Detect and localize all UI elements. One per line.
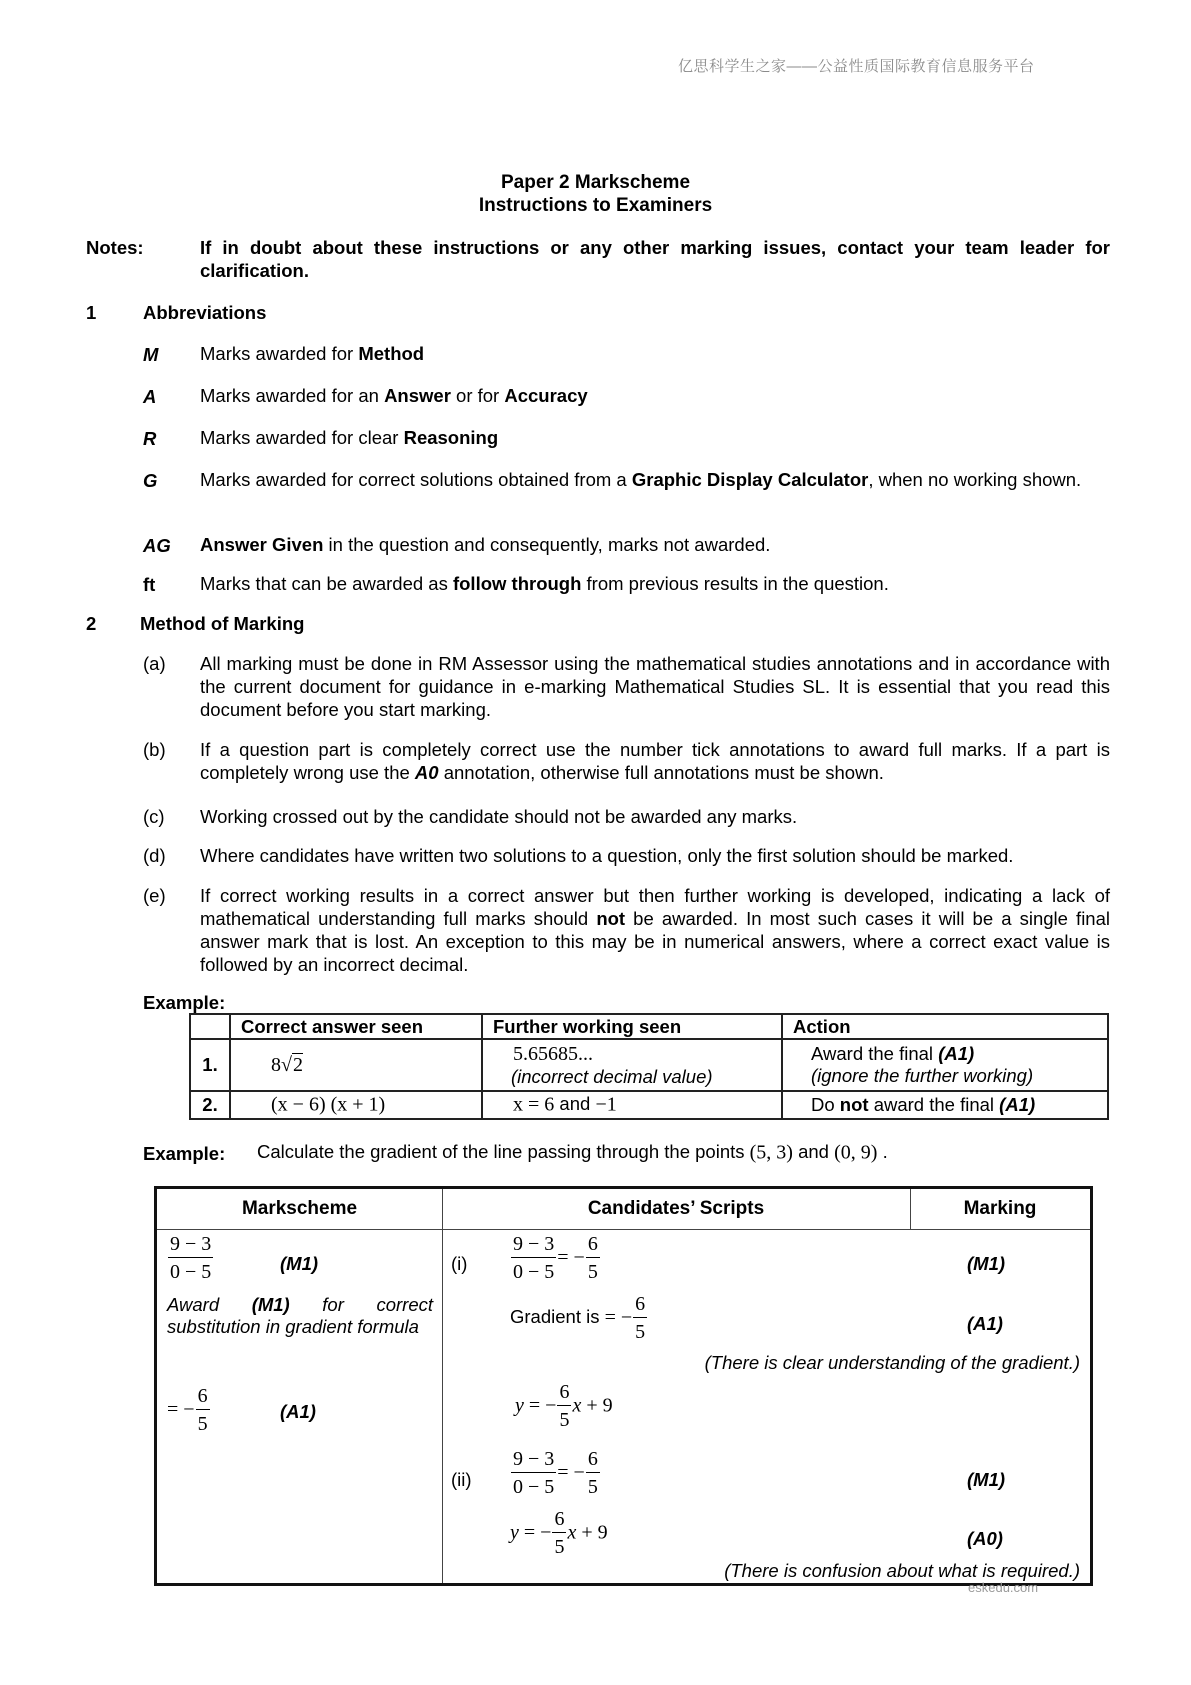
- correct-answer-cell: 8√2: [230, 1039, 482, 1091]
- example2-question: Calculate the gradient of the line passi…: [257, 1141, 888, 1165]
- column-divider: [442, 1189, 443, 1583]
- item-text: Working crossed out by the candidate sho…: [200, 805, 797, 828]
- header-cell: Marking: [910, 1189, 1090, 1230]
- markscheme-fraction: 9 − 30 − 5: [167, 1233, 214, 1283]
- section2-number: 2: [86, 613, 96, 635]
- script-ii-line1: 9 − 30 − 5= −65: [510, 1448, 601, 1498]
- row-number: 2.: [190, 1091, 230, 1119]
- row-number: 1.: [190, 1039, 230, 1091]
- notes-text: If in doubt about these instructions or …: [200, 236, 1110, 282]
- header-cell: Candidates’ Scripts: [442, 1189, 910, 1230]
- action-cell: Do not award the final (A1): [782, 1091, 1108, 1119]
- page-subtitle: Instructions to Examiners: [0, 195, 1191, 217]
- column-divider: [910, 1189, 911, 1229]
- abbr-desc: Answer Given in the question and consequ…: [200, 533, 770, 556]
- page-title: Paper 2 Markscheme: [0, 172, 1191, 194]
- section1-number: 1: [86, 302, 96, 324]
- abbr-code: AG: [143, 535, 171, 557]
- item-text: If correct working results in a correct …: [200, 884, 1110, 976]
- header-cell: [190, 1014, 230, 1039]
- markscheme-answer: = −65: [167, 1385, 211, 1435]
- item-text: All marking must be done in RM Assessor …: [200, 652, 1110, 721]
- example1-label: Example:: [143, 992, 225, 1014]
- header-watermark: 亿思科学生之家——公益性质国际教育信息服务平台: [678, 55, 1035, 76]
- part-i-label: (i): [451, 1253, 467, 1275]
- item-label: (e): [143, 885, 166, 907]
- table-row: 1. 8√2 5.65685... (incorrect decimal val…: [190, 1039, 1108, 1091]
- abbr-code: A: [143, 386, 156, 408]
- abbr-code: M: [143, 344, 158, 366]
- markscheme-note: Award (M1) for correct substitution in g…: [167, 1294, 433, 1338]
- mark-m1: (M1): [967, 1469, 1005, 1491]
- further-working-cell: 5.65685... (incorrect decimal value): [482, 1039, 782, 1091]
- table-row: 2. (x − 6) (x + 1) x = 6 and −1 Do not a…: [190, 1091, 1108, 1119]
- example1-table: Correct answer seen Further working seen…: [189, 1013, 1109, 1120]
- footer-watermark: eskedu.com: [968, 1580, 1038, 1595]
- mark-m1: (M1): [967, 1253, 1005, 1275]
- sqrt-expression: 8√2: [271, 1053, 303, 1076]
- header-cell: Action: [782, 1014, 1108, 1039]
- table-header-row: Correct answer seen Further working seen…: [190, 1014, 1108, 1039]
- header-cell: Markscheme: [157, 1189, 442, 1230]
- example2-label: Example:: [143, 1143, 225, 1165]
- abbr-code: R: [143, 428, 156, 450]
- item-label: (a): [143, 653, 166, 675]
- script-i-line2: Gradient is = −65: [510, 1293, 648, 1343]
- script-i-line3: y = −65x + 9: [515, 1381, 613, 1431]
- item-label: (b): [143, 739, 166, 761]
- mark-m1: (M1): [280, 1253, 318, 1275]
- abbr-code: G: [143, 470, 157, 492]
- example2-table: Markscheme Candidates’ Scripts Marking 9…: [154, 1186, 1093, 1586]
- further-working-cell: x = 6 and −1: [482, 1091, 782, 1119]
- header-cell: Correct answer seen: [230, 1014, 482, 1039]
- header-cell: Further working seen: [482, 1014, 782, 1039]
- item-text: Where candidates have written two soluti…: [200, 844, 1013, 867]
- notes-label: Notes:: [86, 237, 144, 259]
- mark-a0: (A0): [967, 1528, 1003, 1550]
- abbr-desc: Marks that can be awarded as follow thro…: [200, 572, 889, 595]
- script-i-note: (There is clear understanding of the gra…: [705, 1352, 1080, 1374]
- item-label: (d): [143, 845, 166, 867]
- abbr-desc: Marks awarded for Method: [200, 342, 424, 365]
- abbr-code: ft: [143, 574, 155, 596]
- mark-a1: (A1): [967, 1313, 1003, 1335]
- script-ii-note: (There is confusion about what is requir…: [724, 1560, 1080, 1582]
- item-text: If a question part is completely correct…: [200, 738, 1110, 784]
- action-cell: Award the final (A1) (ignore the further…: [782, 1039, 1108, 1091]
- section1-heading: Abbreviations: [143, 302, 266, 324]
- script-ii-line2: y = −65x + 9: [510, 1508, 608, 1558]
- abbr-desc: Marks awarded for clear Reasoning: [200, 426, 498, 449]
- section2-heading: Method of Marking: [140, 613, 304, 635]
- abbr-desc: Marks awarded for correct solutions obta…: [200, 468, 1110, 491]
- script-i-line1: 9 − 30 − 5= −65: [510, 1233, 601, 1283]
- correct-answer-cell: (x − 6) (x + 1): [230, 1091, 482, 1119]
- item-label: (c): [143, 806, 165, 828]
- mark-a1: (A1): [280, 1401, 316, 1423]
- part-ii-label: (ii): [451, 1469, 472, 1491]
- abbr-desc: Marks awarded for an Answer or for Accur…: [200, 384, 588, 407]
